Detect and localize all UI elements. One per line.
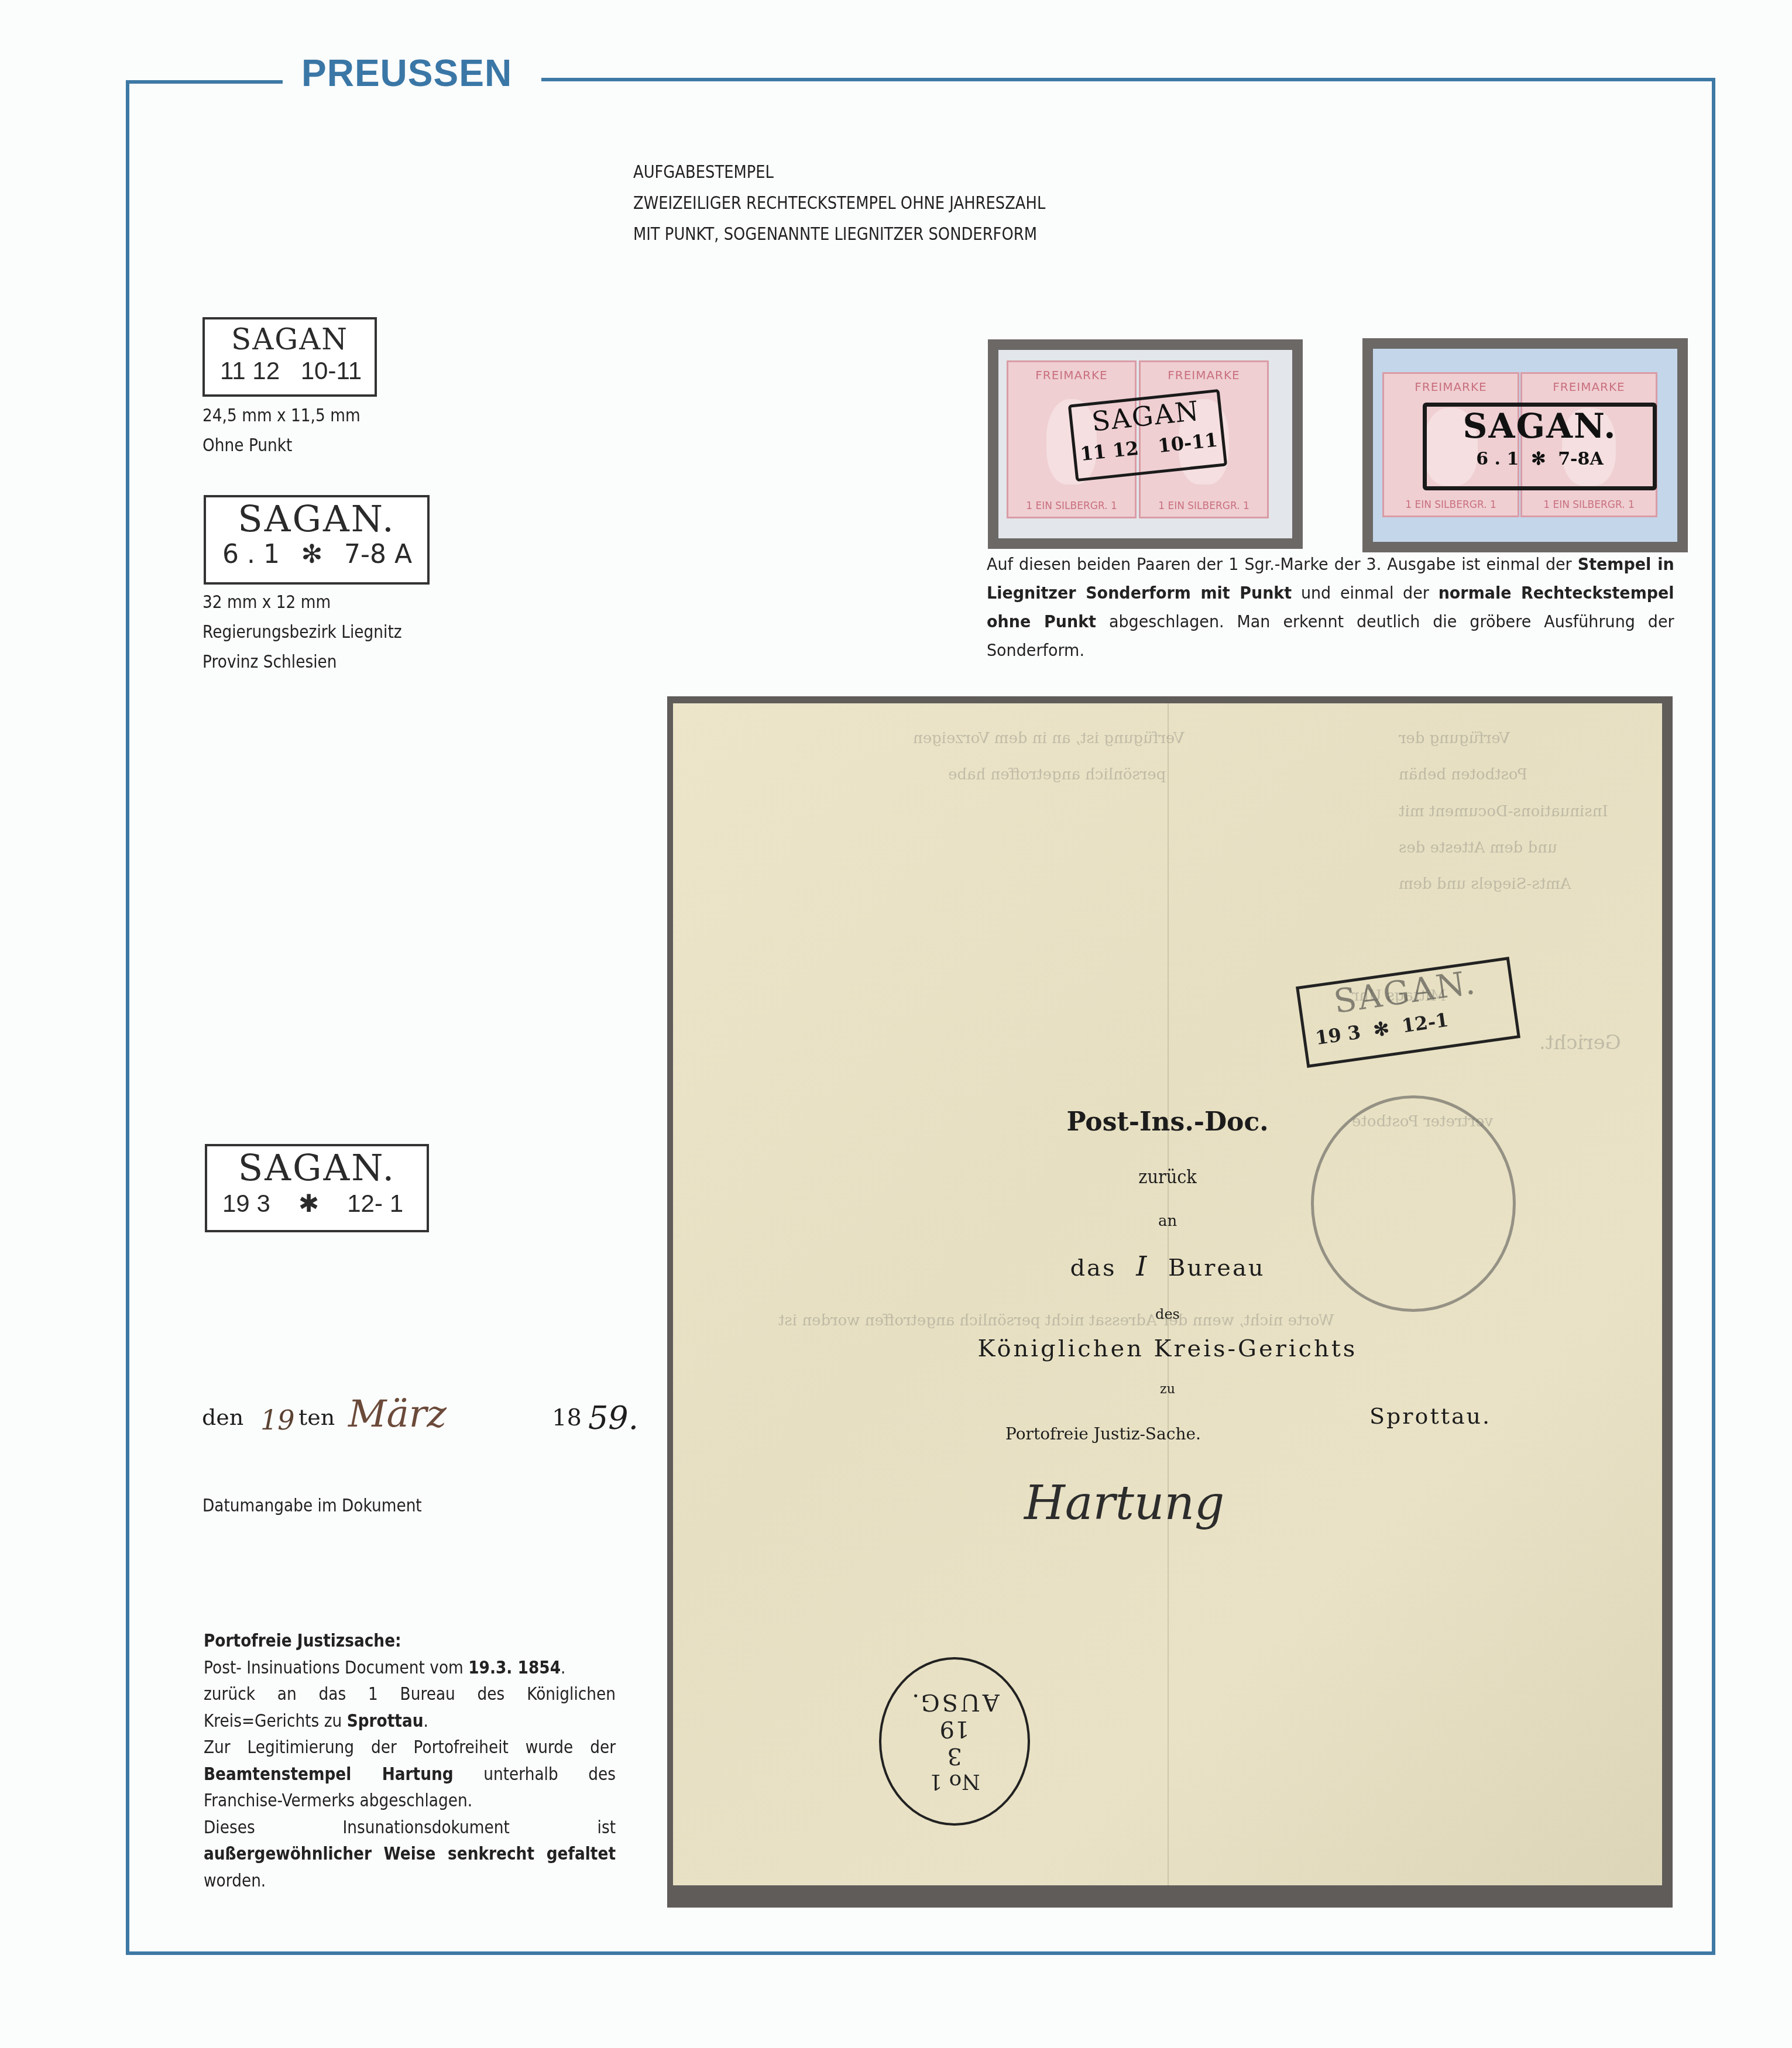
insinuation-document: Verfügung ist, an in dem Vorzeigen persö…	[673, 703, 1662, 1885]
stamp-label-bottom: 1 EIN SILBERGR. 1	[1384, 499, 1518, 511]
handwritten-month: März	[348, 1393, 447, 1436]
stamp-pair-explanation: Auf diesen beiden Paaren der 1 Sgr.-Mark…	[987, 550, 1674, 665]
stamp-label-top: FREIMARKE	[1522, 380, 1656, 394]
doc-line-franchise: Portofreie Justiz-Sache.	[1005, 1424, 1201, 1444]
cancel-sagan-mit-punkt: SAGAN. 6 . 1 ✻ 7-8A	[1423, 403, 1657, 490]
cancel-town: SAGAN.	[1427, 407, 1653, 445]
handwritten-year: 59.	[588, 1400, 638, 1437]
cancel-line: 3	[947, 1743, 962, 1770]
caption-line: Regierungsbezirk Liegnitz	[202, 617, 402, 647]
stamp-date-left: 19 3	[222, 1187, 270, 1220]
page-title: PREUSSEN	[301, 51, 512, 95]
ghost-text: Amts-Siegels und dem	[1399, 875, 1571, 893]
stamp-town: SAGAN.	[206, 500, 427, 538]
note-paragraph: zurück an das 1 Bureau des Königlichen K…	[204, 1681, 616, 1734]
stamp-label-top: FREIMARKE	[1141, 368, 1267, 382]
date-excerpt: den 19 ten März 18 59.	[202, 1387, 658, 1463]
header-line: ZWEIZEILIGER RECHTECKSTEMPEL OHNE JAHRES…	[633, 188, 1045, 219]
note-paragraph: Post- Insinuations Document vom 19.3. 18…	[204, 1655, 616, 1682]
text: worden.	[204, 1871, 266, 1891]
note-heading: Portofreie Justizsache:	[204, 1628, 616, 1655]
text: .	[424, 1711, 428, 1731]
text: das	[1070, 1255, 1116, 1281]
ghost-text: Verfügung der	[1399, 730, 1510, 747]
text-bold: Sprottau	[347, 1711, 424, 1731]
date-mid: ten	[298, 1404, 335, 1430]
text: und einmal der	[1292, 583, 1438, 603]
caption-line: Ohne Punkt	[202, 431, 361, 461]
doc-line-des: des	[977, 1306, 1358, 1322]
text-bold: 19.3. 1854	[468, 1658, 561, 1678]
ghost-text: Postboten behän	[1399, 766, 1527, 784]
ghost-text: Insinuations-Document mit	[1399, 803, 1608, 820]
year-prefix: 18	[552, 1404, 582, 1431]
stamp-date-right: 10-11	[301, 356, 362, 386]
text: Zur Legitimierung der Portofreiheit wurd…	[204, 1737, 616, 1758]
stamp-date-right: 7-8 A	[344, 538, 412, 571]
handwritten-number: I	[1136, 1250, 1148, 1282]
cancel-line: 19	[940, 1716, 970, 1743]
text-bold: Portofreie Justizsache:	[204, 1631, 401, 1651]
caption-line: 24,5 mm x 11,5 mm	[202, 401, 361, 431]
caption-line: Provinz Schlesien	[202, 647, 402, 677]
cancel-line: No 1	[929, 1770, 980, 1794]
frame-bottom	[126, 1951, 1715, 1955]
reference-stamp-sagan-19-3: SAGAN. 19 3 ✱ 12- 1	[205, 1144, 429, 1232]
document-description: Portofreie Justizsache: Post- Insinuatio…	[204, 1628, 616, 1894]
doc-line-zu: zu	[977, 1382, 1358, 1397]
reference-stamp-1-caption: 24,5 mm x 11,5 mm Ohne Punkt	[202, 401, 361, 461]
ghost-text: Verfügung ist, an in dem Vorzeigen	[913, 730, 1185, 747]
header-line: AUFGABESTEMPEL	[633, 157, 1045, 188]
note-paragraph: Dieses Insunationsdokument ist außergewö…	[204, 1815, 616, 1895]
doc-line-zurueck: zurück	[977, 1166, 1358, 1188]
handwritten-day: 19	[260, 1404, 295, 1436]
stamp-date-right: 12- 1	[347, 1187, 403, 1220]
reference-stamp-sagan-ohne-punkt: SAGAN 11 12 10-11	[202, 317, 377, 397]
cancel-date: 6 . 1 ✻ 7-8A	[1427, 445, 1653, 473]
reference-stamp-2-caption: 32 mm x 12 mm Regierungsbezirk Liegnitz …	[202, 587, 402, 677]
official-signature-stamp: Hartung	[1024, 1476, 1224, 1530]
stamp-date-left: 6 . 1	[222, 538, 280, 571]
reference-stamp-sagan-mit-punkt: SAGAN. 6 . 1 ✻ 7-8 A	[204, 495, 430, 585]
round-cancel-ausg: No 1 3 19 AUSG.	[879, 1657, 1030, 1826]
date-caption: Datumangabe im Dokument	[202, 1491, 422, 1521]
frame-right	[1712, 78, 1715, 1954]
note-paragraph: Zur Legitimierung der Portofreiheit wurd…	[204, 1734, 616, 1815]
vertical-fold	[1168, 703, 1169, 1885]
stamp-label-bottom: 1 EIN SILBERGR. 1	[1008, 500, 1135, 512]
text: Dieses Insunationsdokument ist	[204, 1817, 616, 1838]
date-prefix: den	[202, 1404, 243, 1430]
stamp-date-left: 11 12	[220, 356, 280, 386]
text-bold: außergewöhnlicher Weise senkrecht gefalt…	[204, 1844, 616, 1864]
cancel-sagan-19-3: SAGAN. 19 3 ✻ 12-1	[1296, 957, 1520, 1068]
caption-line: 32 mm x 12 mm	[202, 587, 402, 617]
frame-top-right	[541, 78, 1715, 81]
stamp-label-top: FREIMARKE	[1384, 380, 1518, 394]
section-header: AUFGABESTEMPEL ZWEIZEILIGER RECHTECKSTEM…	[633, 157, 1045, 250]
stamp-label-bottom: 1 EIN SILBERGR. 1	[1522, 499, 1656, 511]
ghost-text: und dem Atteste des	[1399, 839, 1557, 857]
doc-title: Post-Ins.-Doc.	[977, 1107, 1358, 1137]
stamp-label-top: FREIMARKE	[1008, 368, 1135, 382]
doc-line-court: Königlichen Kreis-Gerichts	[890, 1335, 1446, 1362]
stamp-pair-1: FREIMARKE 1 EIN SILBERGR. 1 FREIMARKE 1 …	[988, 339, 1303, 549]
header-line: MIT PUNKT, SOGENANNTE LIEGNITZER SONDERF…	[633, 219, 1045, 250]
cancel-sagan-ohne-punkt: SAGAN 11 12 10-11	[1068, 389, 1227, 482]
stamp-town: SAGAN	[205, 323, 375, 356]
ghost-text: persönlich angetroffen habe	[948, 766, 1166, 784]
cancel-line: AUSG.	[909, 1689, 999, 1716]
stamp-town: SAGAN.	[207, 1149, 427, 1187]
stamp-label-bottom: 1 EIN SILBERGR. 1	[1141, 500, 1267, 512]
star-icon: ✻	[301, 538, 323, 571]
ghost-text: Gericht.	[1539, 1031, 1621, 1054]
frame-left	[126, 80, 129, 1954]
frame-top-left	[126, 80, 283, 84]
doc-line-city: Sprottau.	[1369, 1403, 1491, 1429]
text: Auf diesen beiden Paaren der 1 Sgr.-Mark…	[987, 554, 1578, 574]
text: .	[561, 1658, 565, 1678]
text: Post- Insinuations Document vom	[204, 1658, 468, 1678]
doc-line-an: an	[977, 1212, 1358, 1230]
text-bold: Beamtenstempel Hartung	[204, 1764, 454, 1785]
text: Bureau	[1168, 1255, 1265, 1281]
star-icon: ✱	[298, 1187, 319, 1220]
doc-line-bureau: das I Bureau	[977, 1250, 1358, 1282]
stamp-pair-2: FREIMARKE 1 EIN SILBERGR. 1 FREIMARKE 1 …	[1362, 338, 1688, 552]
